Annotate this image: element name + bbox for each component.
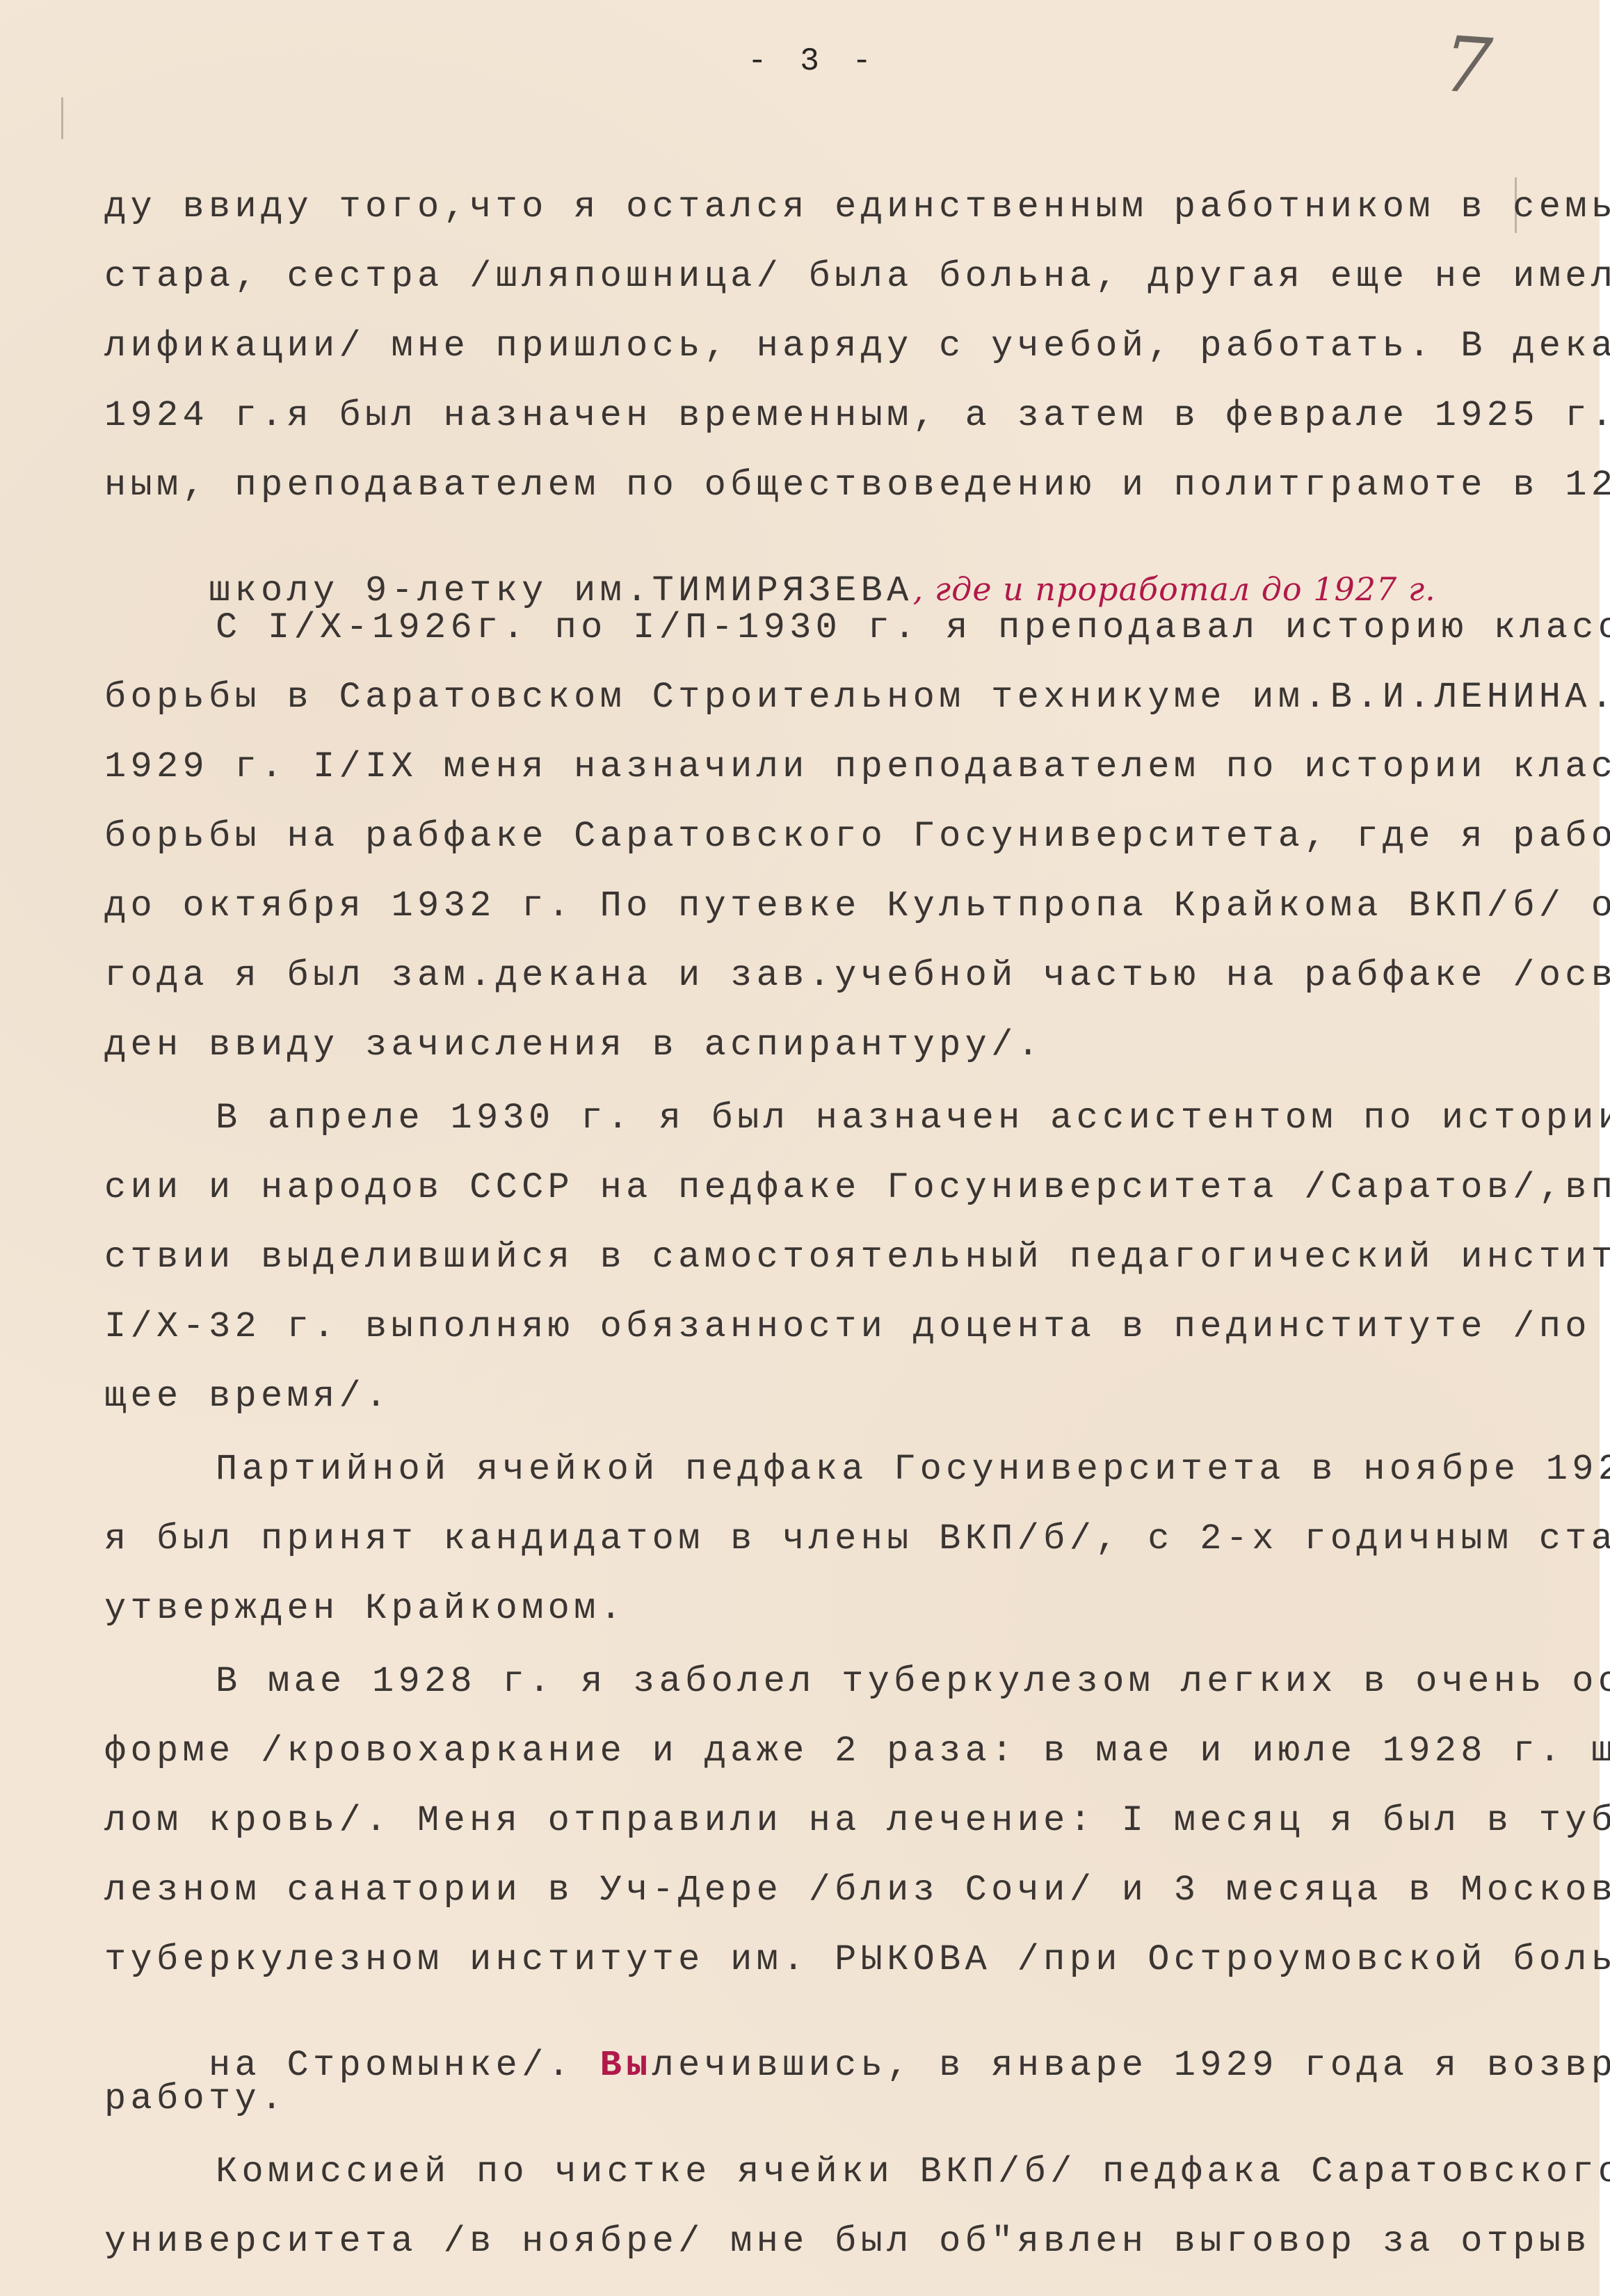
text-line: до октября 1932 г. По путевке Культпропа… bbox=[104, 888, 1610, 924]
text-line: утвержден Крайкомом. bbox=[104, 1591, 626, 1627]
text-line: ным, преподавателем по обществоведению и… bbox=[104, 467, 1610, 504]
text-line: 1924 г.я был назначен временным, а затем… bbox=[104, 398, 1610, 434]
text-line: борьбы на рабфаке Саратовского Госунивер… bbox=[104, 819, 1610, 855]
paragraph-start: В апреле 1930 г. я был назначен ассистен… bbox=[216, 1100, 1610, 1137]
text-line: ствии выделившийся в самостоятельный пед… bbox=[104, 1239, 1610, 1276]
text-line: сии и народов СССР на педфаке Госуниверс… bbox=[104, 1170, 1610, 1206]
text-line: стара, сестра /шляпошница/ была больна, … bbox=[104, 259, 1610, 295]
text-line-typed: лечившись, в январе 1929 года я возврати… bbox=[652, 2045, 1610, 2086]
text-line: борьбы в Саратовском Строительном техник… bbox=[104, 680, 1610, 716]
text-line: года я был зам.декана и зав.учебной част… bbox=[104, 958, 1610, 994]
paragraph-start: С I/X-1926г. по I/П-1930 г. я преподавал… bbox=[216, 610, 1610, 646]
text-line: на Стромынке/. Вылечившись, в январе 192… bbox=[104, 2012, 1610, 2120]
text-line: щее время/. bbox=[104, 1379, 392, 1415]
paragraph-start: Комиссией по чистке ячейки ВКП/б/ педфак… bbox=[216, 2154, 1610, 2190]
handwritten-correction: Вы bbox=[600, 2045, 652, 2086]
text-line: ден ввиду зачисления в аспирантуру/. bbox=[104, 1027, 1043, 1063]
text-line: туберкулезном институте им. РЫКОВА /при … bbox=[104, 1942, 1610, 1978]
text-line-typed: школу 9-летку им.ТИМИРЯЗЕВА bbox=[209, 570, 913, 611]
text-line: университета /в ноябре/ мне был об"явлен… bbox=[104, 2224, 1610, 2260]
text-line: лезном санатории в Уч-Дере /близ Сочи/ и… bbox=[104, 1872, 1610, 1909]
text-line: я был принят кандидатом в члены ВКП/б/, … bbox=[104, 1521, 1610, 1557]
page-number: - 3 - bbox=[748, 43, 878, 79]
text-line: ду ввиду того,что я остался единственным… bbox=[104, 189, 1610, 225]
paragraph-start: Партийной ячейкой педфака Госуниверситет… bbox=[216, 1452, 1610, 1488]
text-line: лификации/ мне пришлось, наряду с учебой… bbox=[104, 328, 1610, 364]
text-line: форме /кровохаркание и даже 2 раза: в ма… bbox=[104, 1733, 1610, 1769]
text-line: лом кровь/. Меня отправили на лечение: I… bbox=[104, 1803, 1610, 1839]
paragraph-start: В мае 1928 г. я заболел туберкулезом лег… bbox=[216, 1664, 1610, 1700]
margin-mark bbox=[61, 97, 63, 139]
text-line: 1929 г. I/IX меня назначили преподавател… bbox=[104, 749, 1610, 785]
document-page: - 3 - 7 ду ввиду того,что я остался един… bbox=[0, 0, 1600, 2296]
text-line: работу. bbox=[104, 2081, 287, 2117]
handwritten-annotation: , где и проработал до 1927 г. bbox=[913, 570, 1436, 608]
text-line: I/X-32 г. выполняю обязанности доцента в… bbox=[104, 1309, 1610, 1345]
handwritten-folio-number: 7 bbox=[1440, 19, 1495, 112]
